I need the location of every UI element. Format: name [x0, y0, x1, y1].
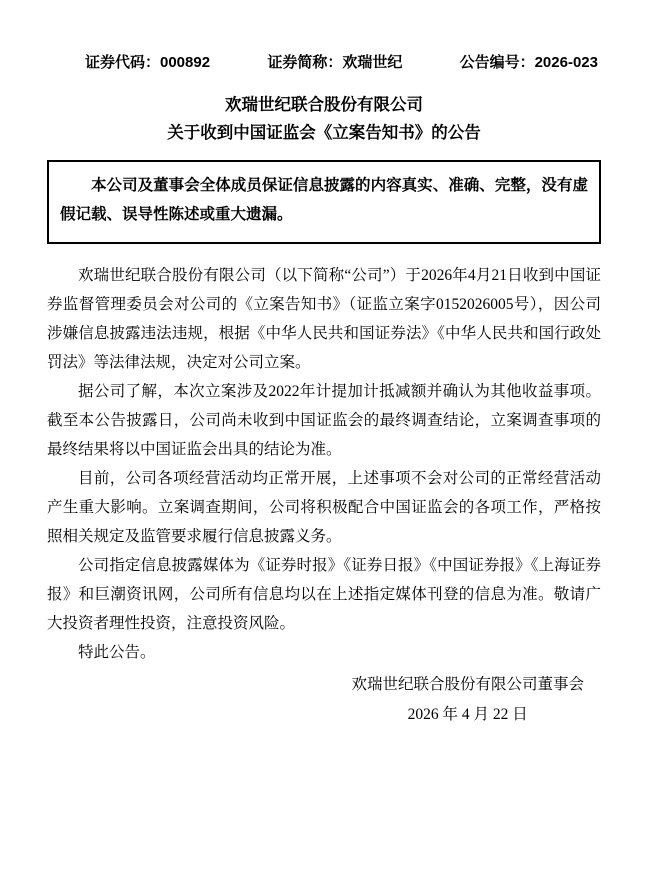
- paragraph-1: 欢瑞世纪联合股份有限公司（以下简称“公司”）于2026年4月21日收到中国证券监…: [47, 261, 601, 377]
- signature-line: 欢瑞世纪联合股份有限公司董事会: [351, 670, 584, 700]
- announcement-document: 证券代码：000892 证券简称：欢瑞世纪 公告编号：2026-023 欢瑞世纪…: [0, 0, 648, 876]
- paragraph-3: 目前，公司各项经营活动均正常开展，上述事项不会对公司的正常经营活动产生重大影响。…: [47, 464, 601, 551]
- closing-statement: 特此公告。: [47, 638, 601, 667]
- securities-header-row: 证券代码：000892 证券简称：欢瑞世纪 公告编号：2026-023: [47, 54, 601, 72]
- signature-block: 欢瑞世纪联合股份有限公司董事会 2026 年 4 月 22 日: [47, 670, 601, 730]
- signature-inner: 欢瑞世纪联合股份有限公司董事会 2026 年 4 月 22 日: [351, 670, 584, 730]
- announcement-number: 公告编号：2026-023: [460, 54, 598, 72]
- paragraph-4: 公司指定信息披露媒体为《证券时报》《证券日报》《中国证券报》《上海证券报》和巨潮…: [47, 551, 601, 638]
- disclaimer-box: 本公司及董事会全体成员保证信息披露的内容真实、准确、完整，没有虚假记载、误导性陈…: [47, 160, 601, 244]
- stock-abbreviation: 证券简称：欢瑞世纪: [267, 54, 402, 72]
- paragraph-2: 据公司了解，本次立案涉及2022年计提加计抵减额并确认为其他收益事项。截至本公告…: [47, 377, 601, 464]
- document-body: 欢瑞世纪联合股份有限公司（以下简称“公司”）于2026年4月21日收到中国证券监…: [47, 261, 601, 667]
- stock-code: 证券代码：000892: [85, 54, 210, 72]
- page-title: 欢瑞世纪联合股份有限公司 关于收到中国证监会《立案告知书》的公告: [47, 92, 601, 147]
- title-subject: 关于收到中国证监会《立案告知书》的公告: [47, 120, 601, 148]
- title-company-name: 欢瑞世纪联合股份有限公司: [47, 92, 601, 120]
- date-line: 2026 年 4 月 22 日: [351, 700, 584, 730]
- disclaimer-text: 本公司及董事会全体成员保证信息披露的内容真实、准确、完整，没有虚假记载、误导性陈…: [60, 171, 588, 229]
